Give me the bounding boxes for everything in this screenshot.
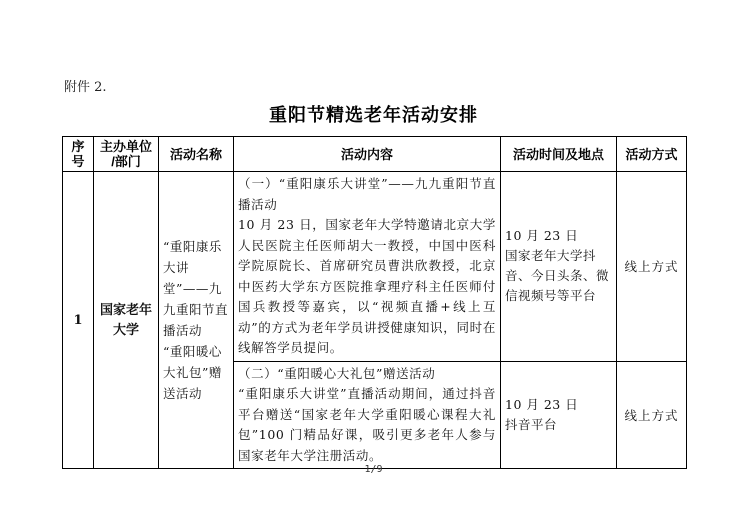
method-cell-2: 线上方式 bbox=[617, 361, 687, 469]
activity-content-title-1: （一）“重阳康乐大讲堂”——九九重阳节直播活动 bbox=[238, 174, 496, 215]
table-row: 1 国家老年大学 “重阳康乐大讲堂”——九九重阳节直播活动 “重阳暖心大礼包”赠… bbox=[63, 172, 687, 362]
activity-names-cell: “重阳康乐大讲堂”——九九重阳节直播活动 “重阳暖心大礼包”赠送活动 bbox=[159, 172, 234, 469]
col-header-method: 活动方式 bbox=[617, 137, 687, 172]
method-cell-1: 线上方式 bbox=[617, 172, 687, 362]
col-header-activity-name: 活动名称 bbox=[159, 137, 234, 172]
activity-content-body-2: “重阳康乐大讲堂”直播活动期间，通过抖音平台赠送“国家老年大学重阳暖心课程大礼包… bbox=[238, 384, 496, 466]
activity-content-body-1: 10 月 23 日，国家老年大学特邀请北京大学人民医院主任医师胡大一教授，中国中… bbox=[238, 215, 496, 359]
attachment-label: 附件 2. bbox=[64, 76, 107, 95]
time-place-cell-2: 10 月 23 日 抖音平台 bbox=[501, 361, 617, 469]
col-header-organizer: 主办单位 /部门 bbox=[94, 137, 159, 172]
col-header-time-place: 活动时间及地点 bbox=[501, 137, 617, 172]
activity-content-title-2: （二）“重阳暖心大礼包”赠送活动 bbox=[238, 364, 496, 385]
col-header-index: 序号 bbox=[63, 137, 94, 172]
time-place-cell-1: 10 月 23 日 国家老年大学抖音、今日头条、微信视频号等平台 bbox=[501, 172, 617, 362]
page-title: 重阳节精选老年活动安排 bbox=[0, 101, 747, 127]
col-header-activity-content: 活动内容 bbox=[234, 137, 501, 172]
activity-content-cell-1: （一）“重阳康乐大讲堂”——九九重阳节直播活动 10 月 23 日，国家老年大学… bbox=[234, 172, 501, 362]
table-header-row: 序号 主办单位 /部门 活动名称 活动内容 活动时间及地点 活动方式 bbox=[63, 137, 687, 172]
page-number: 1/9 bbox=[0, 464, 747, 475]
organizer-cell: 国家老年大学 bbox=[94, 172, 159, 469]
document-page: 附件 2. 重阳节精选老年活动安排 序号 主办单位 /部门 活动名称 活动内容 … bbox=[0, 0, 747, 522]
activity-content-cell-2: （二）“重阳暖心大礼包”赠送活动 “重阳康乐大讲堂”直播活动期间，通过抖音平台赠… bbox=[234, 361, 501, 469]
row-index-cell: 1 bbox=[63, 172, 94, 469]
activities-table: 序号 主办单位 /部门 活动名称 活动内容 活动时间及地点 活动方式 1 国家老… bbox=[62, 136, 687, 469]
